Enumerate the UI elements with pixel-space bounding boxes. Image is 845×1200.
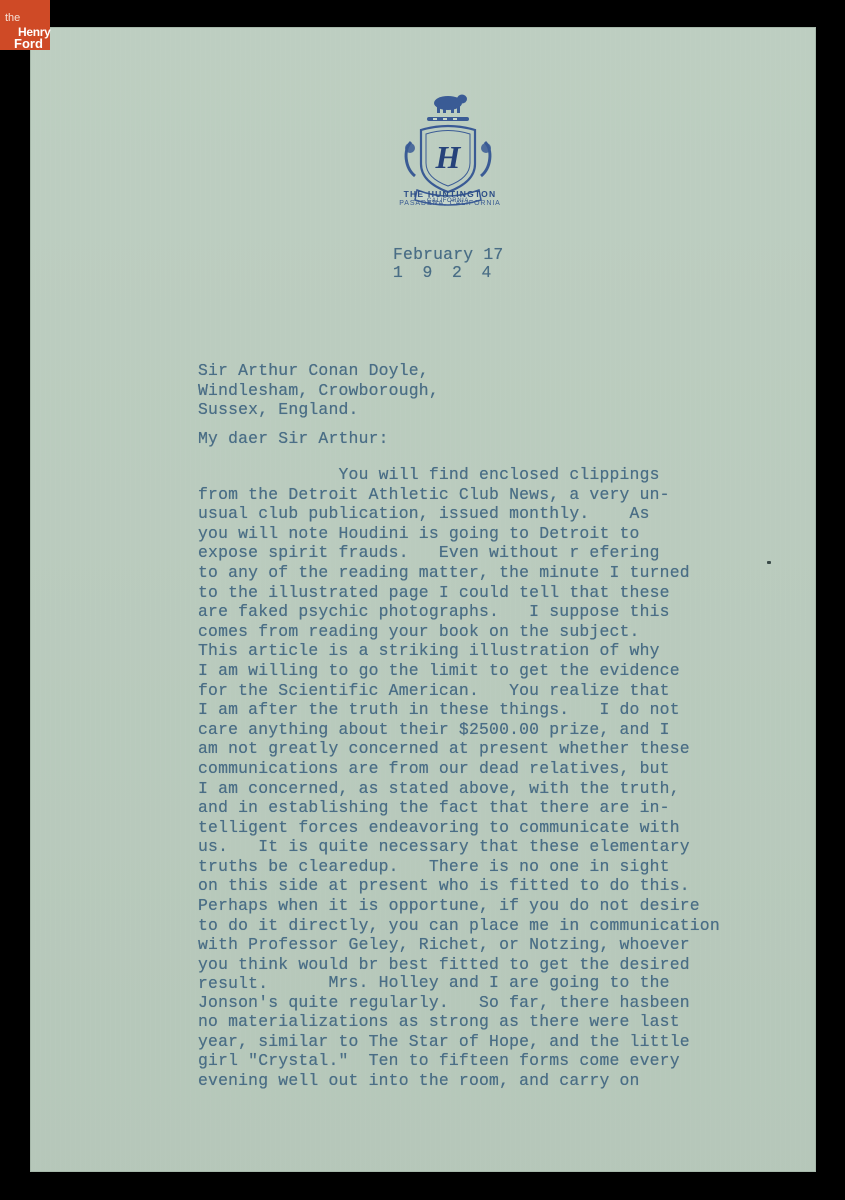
body-line: truths be clearedup. There is no one in … xyxy=(198,857,720,877)
body-line: no materializations as strong as there w… xyxy=(198,1012,690,1032)
ink-speck xyxy=(767,561,771,564)
letterhead-name: THE HUNTINGTON xyxy=(330,189,570,199)
svg-text:H: H xyxy=(435,139,462,175)
body-line: I am concerned, as stated above, with th… xyxy=(198,779,720,799)
body-line: Mrs. Holley and I are going to the xyxy=(198,973,690,993)
body-line: and in establishing the fact that there … xyxy=(198,798,720,818)
recipient-line: Sir Arthur Conan Doyle, xyxy=(198,361,439,381)
body-line: I am willing to go the limit to get the … xyxy=(198,661,720,681)
date-year: 1 9 2 4 xyxy=(393,263,491,283)
logo-ford: Ford xyxy=(14,37,43,50)
body-line: with Professor Geley, Richet, or Notzing… xyxy=(198,935,720,955)
body-line: communications are from our dead relativ… xyxy=(198,759,720,779)
body-line: care anything about their $2500.00 prize… xyxy=(198,720,720,740)
body-line: year, similar to The Star of Hope, and t… xyxy=(198,1032,690,1052)
body-paragraph-2: Mrs. Holley and I are going to theJonson… xyxy=(198,973,690,1091)
body-line: are faked psychic photographs. I suppose… xyxy=(198,602,720,622)
salutation: My daer Sir Arthur: xyxy=(198,429,389,449)
recipient-address: Sir Arthur Conan Doyle,Windlesham, Crowb… xyxy=(198,361,439,420)
logo-the: the xyxy=(5,13,20,24)
recipient-line: Windlesham, Crowborough, xyxy=(198,381,439,401)
body-line: to any of the reading matter, the minute… xyxy=(198,563,720,583)
body-line: Jonson's quite regularly. So far, there … xyxy=(198,993,690,1013)
body-line: girl "Crystal." Ten to fifteen forms com… xyxy=(198,1051,690,1071)
body-line: I am after the truth in these things. I … xyxy=(198,700,720,720)
body-line: us. It is quite necessary that these ele… xyxy=(198,837,720,857)
body-line: expose spirit frauds. Even without r efe… xyxy=(198,543,720,563)
henry-ford-logo: the Henry Ford xyxy=(0,0,50,50)
letterhead-location: PASADENA, CALIFORNIA xyxy=(330,200,570,207)
body-line: Perhaps when it is opportune, if you do … xyxy=(198,896,720,916)
body-line: from the Detroit Athletic Club News, a v… xyxy=(198,485,720,505)
letter-page: H CALIFORNIA THE HUNTINGTON PASADENA, CA… xyxy=(30,27,816,1172)
body-line: to do it directly, you can place me in c… xyxy=(198,916,720,936)
body-line: you will note Houdini is going to Detroi… xyxy=(198,524,720,544)
body-line: for the Scientific American. You realize… xyxy=(198,681,720,701)
date-month-day: February 17 xyxy=(393,245,503,265)
body-line: evening well out into the room, and carr… xyxy=(198,1071,690,1091)
body-line: telligent forces endeavoring to communic… xyxy=(198,818,720,838)
body-line: you think would br best fitted to get th… xyxy=(198,955,720,975)
recipient-line: Sussex, England. xyxy=(198,400,439,420)
body-line: to the illustrated page I could tell tha… xyxy=(198,583,720,603)
body-line: You will find enclosed clippings xyxy=(198,465,720,485)
body-line: This article is a striking illustration … xyxy=(198,641,720,661)
body-line: am not greatly concerned at present whet… xyxy=(198,739,720,759)
body-paragraph-1: You will find enclosed clippingsfrom the… xyxy=(198,465,720,994)
body-line: on this side at present who is fitted to… xyxy=(198,876,720,896)
body-line: usual club publication, issued monthly. … xyxy=(198,504,720,524)
body-line: comes from reading your book on the subj… xyxy=(198,622,720,642)
